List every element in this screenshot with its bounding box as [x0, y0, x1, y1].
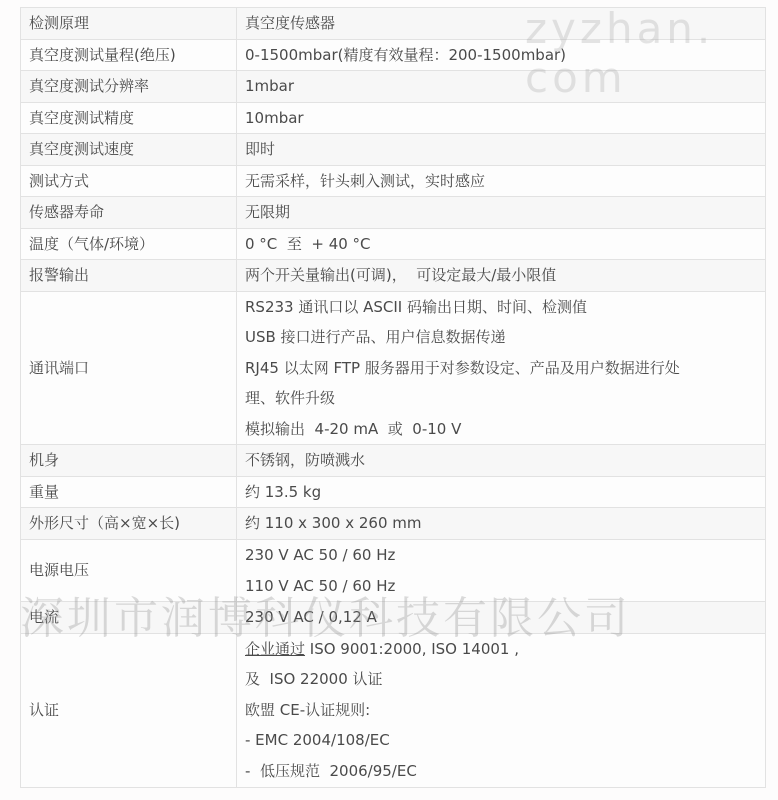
spec-value: 无限期	[237, 197, 766, 229]
spec-value-line: RJ45 以太网 FTP 服务器用于对参数设定、产品及用户数据进行处	[245, 353, 757, 384]
spec-table: 检测原理 真空度传感器 真空度测试量程(绝压) 0-1500mbar(精度有效量…	[20, 7, 766, 788]
spec-value-text: ISO 9001:2000, ISO 14001 ,	[305, 640, 519, 658]
spec-value-line: RS233 通讯口以 ASCII 码输出日期、时间、检测值	[245, 292, 757, 323]
spec-key: 电源电压	[21, 539, 237, 601]
spec-key: 机身	[21, 445, 237, 477]
spec-key: 测试方式	[21, 165, 237, 197]
table-row: 重量 约 13.5 kg	[21, 476, 766, 508]
spec-value-line: 企业通过 ISO 9001:2000, ISO 14001 ,	[245, 634, 757, 665]
spec-value: RS233 通讯口以 ASCII 码输出日期、时间、检测值 USB 接口进行产品…	[237, 291, 766, 445]
spec-key: 电流	[21, 602, 237, 634]
spec-value: 230 V AC 50 / 60 Hz 110 V AC 50 / 60 Hz	[237, 539, 766, 601]
spec-value: 0-1500mbar(精度有效量程：200-1500mbar)	[237, 39, 766, 71]
spec-value-line: 230 V AC 50 / 60 Hz	[245, 540, 757, 571]
spec-value-line: 理、软件升级	[245, 383, 757, 414]
table-row: 温度（气体/环境） 0 °C 至 + 40 °C	[21, 228, 766, 260]
spec-value: 企业通过 ISO 9001:2000, ISO 14001 , 及 ISO 22…	[237, 633, 766, 787]
spec-key: 重量	[21, 476, 237, 508]
table-row: 机身 不锈钢，防喷溅水	[21, 445, 766, 477]
spec-key: 温度（气体/环境）	[21, 228, 237, 260]
spec-value-line: 模拟输出 4-20 mA 或 0-10 V	[245, 414, 757, 445]
table-row: 真空度测试分辨率 1mbar	[21, 71, 766, 103]
spec-key: 传感器寿命	[21, 197, 237, 229]
table-row: 真空度测试速度 即时	[21, 134, 766, 166]
table-row: 报警输出 两个开关量输出(可调)， 可设定最大/最小限值	[21, 260, 766, 292]
spec-key: 检测原理	[21, 8, 237, 40]
spec-key: 报警输出	[21, 260, 237, 292]
spec-value: 230 V AC / 0,12 A	[237, 602, 766, 634]
table-row: 电源电压 230 V AC 50 / 60 Hz 110 V AC 50 / 6…	[21, 539, 766, 601]
spec-value-line: - 低压规范 2006/95/EC	[245, 756, 757, 787]
spec-value-underlined: 企业通过	[245, 640, 305, 658]
table-row: 测试方式 无需采样，针头刺入测试，实时感应	[21, 165, 766, 197]
spec-value: 0 °C 至 + 40 °C	[237, 228, 766, 260]
spec-value: 两个开关量输出(可调)， 可设定最大/最小限值	[237, 260, 766, 292]
table-row: 传感器寿命 无限期	[21, 197, 766, 229]
table-row: 电流 230 V AC / 0,12 A	[21, 602, 766, 634]
spec-value-line: USB 接口进行产品、用户信息数据传递	[245, 322, 757, 353]
spec-value: 不锈钢，防喷溅水	[237, 445, 766, 477]
spec-key: 外形尺寸（高×宽×长)	[21, 508, 237, 540]
spec-value: 约 13.5 kg	[237, 476, 766, 508]
table-row: 外形尺寸（高×宽×长) 约 110 x 300 x 260 mm	[21, 508, 766, 540]
spec-value: 真空度传感器	[237, 8, 766, 40]
spec-key: 真空度测试量程(绝压)	[21, 39, 237, 71]
spec-value-line: 110 V AC 50 / 60 Hz	[245, 571, 757, 602]
table-row: 真空度测试精度 10mbar	[21, 102, 766, 134]
table-row: 真空度测试量程(绝压) 0-1500mbar(精度有效量程：200-1500mb…	[21, 39, 766, 71]
table-row: 检测原理 真空度传感器	[21, 8, 766, 40]
spec-key: 真空度测试速度	[21, 134, 237, 166]
spec-value-line: - EMC 2004/108/EC	[245, 725, 757, 756]
spec-value-line: 及 ISO 22000 认证	[245, 664, 757, 695]
spec-value: 约 110 x 300 x 260 mm	[237, 508, 766, 540]
spec-value: 1mbar	[237, 71, 766, 103]
spec-key: 真空度测试精度	[21, 102, 237, 134]
spec-key: 认证	[21, 633, 237, 787]
spec-value: 10mbar	[237, 102, 766, 134]
spec-value: 即时	[237, 134, 766, 166]
spec-value: 无需采样，针头刺入测试，实时感应	[237, 165, 766, 197]
spec-key: 通讯端口	[21, 291, 237, 445]
spec-key: 真空度测试分辨率	[21, 71, 237, 103]
table-row: 通讯端口 RS233 通讯口以 ASCII 码输出日期、时间、检测值 USB 接…	[21, 291, 766, 445]
table-row: 认证 企业通过 ISO 9001:2000, ISO 14001 , 及 ISO…	[21, 633, 766, 787]
spec-value-line: 欧盟 CE-认证规则:	[245, 695, 757, 726]
